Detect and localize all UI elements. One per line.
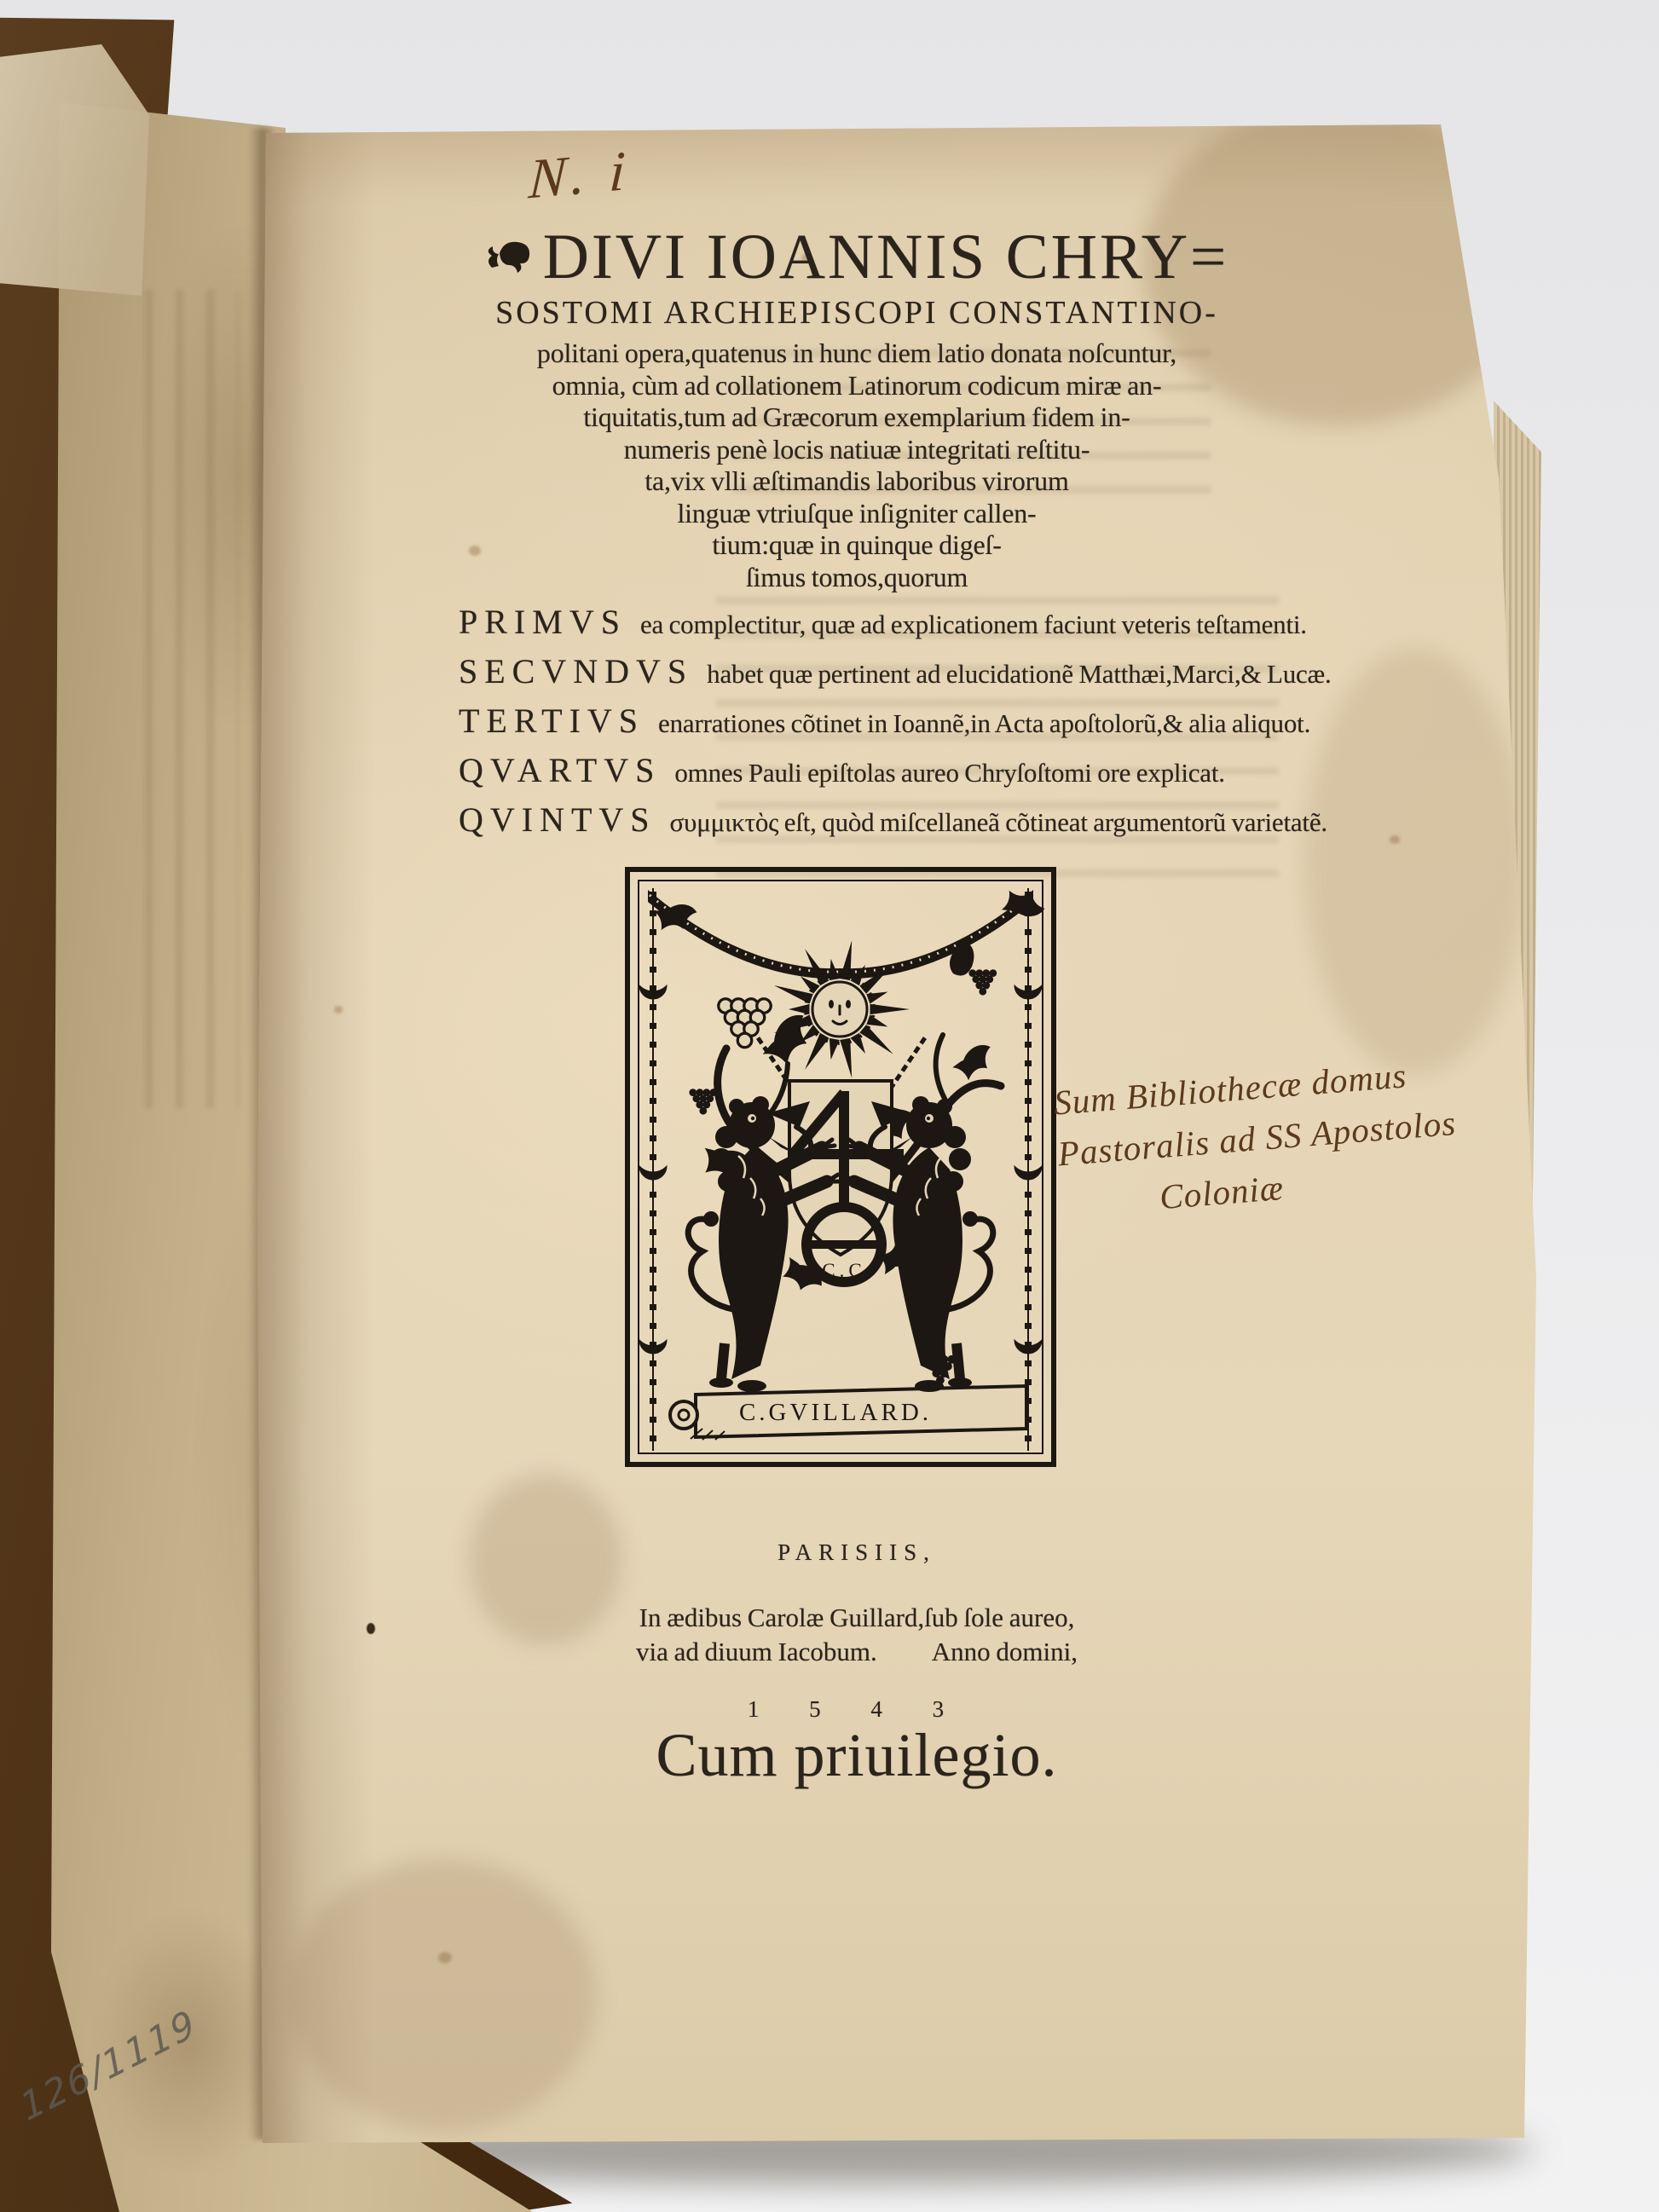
printers-device-woodcut: C.C C.GVILLARD. [624, 866, 1057, 1468]
imprint-address-2: via ad diuum Iacobum.Anno domini, [281, 1637, 1432, 1667]
tome-text: omnes Pauli epiſtolas aureo Chryſoſtomi … [674, 758, 1224, 788]
title-body-line: linguæ vtriuſque inſigniter callen- [281, 498, 1432, 530]
tome-text: ea complectitur, quæ ad explicationem fa… [640, 609, 1307, 640]
paper-stain [290, 1858, 597, 2131]
title-body-line: politani opera,quatenus in hunc diem lat… [281, 338, 1432, 370]
tome-row: QVARTVS omnes Pauli epiſtolas aureo Chry… [459, 750, 1516, 790]
sun-face [774, 940, 910, 1078]
tome-text: habet quæ pertinent ad elucidationẽ Matt… [707, 659, 1331, 690]
foxing-spot [438, 1952, 452, 1963]
tome-row: PRIMVS ea complectitur, quæ ad explicati… [459, 602, 1516, 642]
ownership-inscription: Sum Bibliothecæ domus Pastoralis ad SS A… [1052, 1037, 1574, 1231]
paper-stain [256, 119, 1545, 200]
foxing-spot [334, 1006, 343, 1014]
title-body-line: omnia, cùm ad collationem Latinorum codi… [281, 370, 1432, 402]
tome-text: enarrationes cõtinet in Ioannẽ,in Acta a… [658, 708, 1310, 739]
hedera-leaf-icon [485, 223, 531, 295]
tome-label: QVARTVS [459, 750, 661, 790]
title-body-line: numeris penè locis natiuæ integritati re… [281, 434, 1432, 466]
title-page: N. i DIVI IOANNIS CHRY= SOSTOMI ARCHIEPI… [256, 119, 1545, 2150]
tome-text: συμμικτὸς eſt, quòd miſcellaneã cõtineat… [670, 807, 1327, 838]
photo-of-book-title-page: 126/1119 N. i DIVI IOANNIS CHRY= SOSTOMI… [0, 0, 1659, 2212]
title-body-line: tiquitatis,tum ad Græcorum exemplarium f… [281, 401, 1432, 434]
title-body-line: tium:quæ in quinque digeſ- [281, 529, 1432, 562]
name-banner: C.GVILLARD. [670, 1386, 1026, 1440]
title-line-2: SOSTOMI ARCHIEPISCOPI CONSTANTINO- [281, 293, 1432, 332]
imprint-year: 1 5 4 3 [281, 1696, 1432, 1723]
flyleaf-show-through [145, 290, 239, 1108]
handwritten-top-mark: N. i [527, 138, 632, 212]
title-body-line: ſimus tomos,quorum [281, 562, 1432, 594]
tome-row: QVINTVS συμμικτὸς eſt, quòd miſcellaneã … [459, 800, 1516, 840]
privilege-statement: Cum priuilegio. [281, 1720, 1432, 1791]
printer-name-banner: C.GVILLARD. [739, 1399, 932, 1426]
monogram-initials: C.C [822, 1260, 865, 1281]
tome-list: PRIMVS ea complectitur, quæ ad explicati… [459, 602, 1516, 849]
title-block: DIVI IOANNIS CHRY= SOSTOMI ARCHIEPISCOPI… [281, 222, 1432, 593]
tome-label: QVINTVS [459, 800, 656, 840]
parchment-spine-patch [0, 44, 149, 296]
tome-row: TERTIVS enarrationes cõtinet in Ioannẽ,i… [459, 701, 1516, 741]
imprint-anno: Anno domini, [932, 1637, 1078, 1666]
title-line-1: DIVI IOANNIS CHRY= [281, 222, 1432, 293]
title-body: politani opera,quatenus in hunc diem lat… [281, 338, 1432, 593]
title-body-line: ta,vix vlli æſtimandis laboribus virorum [281, 465, 1432, 498]
imprint-address-1: In ædibus Carolæ Guillard,ſub ſole aureo… [281, 1603, 1432, 1633]
tome-label: PRIMVS [459, 602, 627, 642]
imprint-city: PARISIIS, [281, 1539, 1432, 1566]
tome-row: SECVNDVS habet quæ pertinent ad elucidat… [459, 651, 1516, 691]
tome-label: TERTIVS [459, 701, 645, 741]
tome-label: SECVNDVS [459, 651, 693, 691]
imprint-street: via ad diuum Iacobum. [636, 1637, 877, 1666]
